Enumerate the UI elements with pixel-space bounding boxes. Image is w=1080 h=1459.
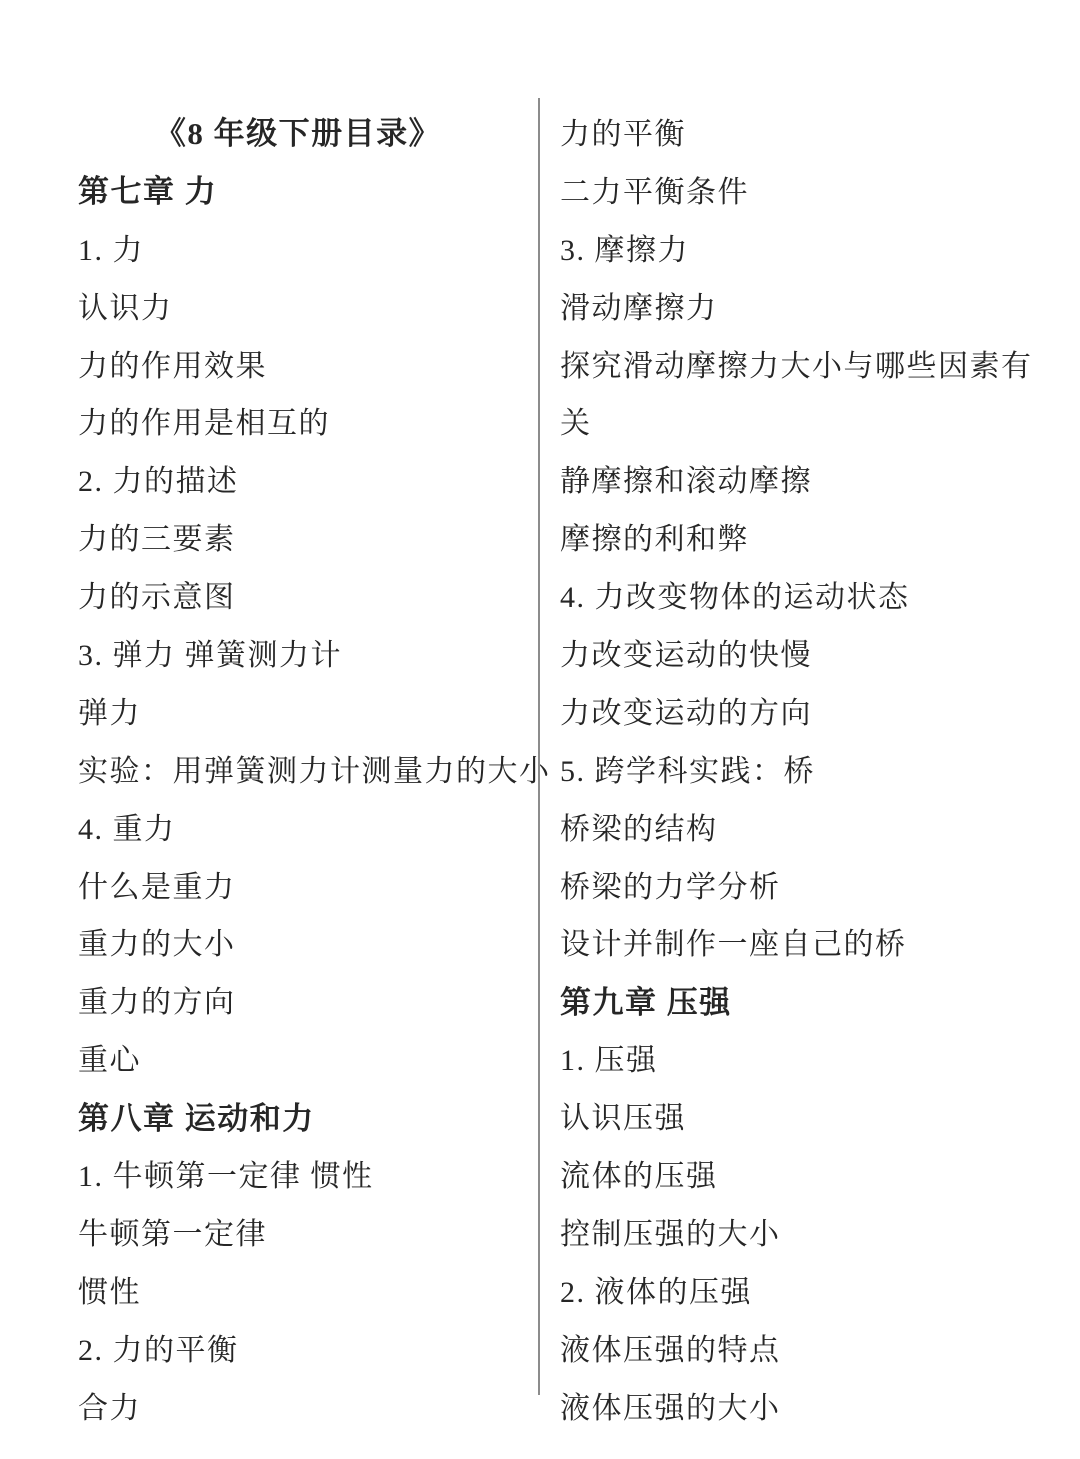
column-divider xyxy=(538,98,540,1395)
toc-line: 摩擦的利和弊 xyxy=(560,507,1050,565)
toc-line: 力的三要素 xyxy=(78,507,518,565)
toc-line: 5. 跨学科实践：桥 xyxy=(560,739,1050,797)
toc-line: 力的作用效果 xyxy=(78,334,518,392)
toc-line: 惯性 xyxy=(78,1260,518,1318)
toc-line: 桥梁的力学分析 xyxy=(560,855,1050,913)
toc-line: 认识压强 xyxy=(560,1086,1050,1144)
toc-line: 弹力 xyxy=(78,681,518,739)
toc-line: 1. 力 xyxy=(78,218,518,276)
toc-line: 重力的方向 xyxy=(78,970,518,1028)
toc-line: 实验：用弹簧测力计测量力的大小 xyxy=(78,739,518,797)
toc-line: 4. 重力 xyxy=(78,797,518,855)
toc-line: 1. 牛顿第一定律 惯性 xyxy=(78,1144,518,1202)
toc-line: 3. 弹力 弹簧测力计 xyxy=(78,623,518,681)
toc-line: 4. 力改变物体的运动状态 xyxy=(560,565,1050,623)
chapter-heading: 第九章 压强 xyxy=(560,970,1050,1028)
toc-line: 合力 xyxy=(78,1376,518,1434)
toc-line: 探究滑动摩擦力大小与哪些因素有 xyxy=(560,334,1050,392)
toc-line: 控制压强的大小 xyxy=(560,1202,1050,1260)
toc-line: 2. 液体的压强 xyxy=(560,1260,1050,1318)
toc-line: 3. 摩擦力 xyxy=(560,218,1050,276)
toc-line: 认识力 xyxy=(78,276,518,334)
toc-line: 力的作用是相互的 xyxy=(78,391,518,449)
toc-line: 重心 xyxy=(78,1028,518,1086)
toc-left-column: 《8 年级下册目录》第七章 力1. 力认识力力的作用效果力的作用是相互的2. 力… xyxy=(78,102,518,1433)
toc-line: 力改变运动的快慢 xyxy=(560,623,1050,681)
toc-line: 关 xyxy=(560,391,1050,449)
toc-line: 1. 压强 xyxy=(560,1028,1050,1086)
toc-page: 《8 年级下册目录》第七章 力1. 力认识力力的作用效果力的作用是相互的2. 力… xyxy=(0,0,1080,1459)
toc-line: 力改变运动的方向 xyxy=(560,681,1050,739)
toc-line: 桥梁的结构 xyxy=(560,797,1050,855)
page-title: 《8 年级下册目录》 xyxy=(78,102,518,160)
chapter-heading: 第八章 运动和力 xyxy=(78,1086,518,1144)
toc-line: 液体压强的特点 xyxy=(560,1318,1050,1376)
toc-right-column: 力的平衡二力平衡条件3. 摩擦力滑动摩擦力探究滑动摩擦力大小与哪些因素有关静摩擦… xyxy=(560,102,1050,1433)
toc-line: 二力平衡条件 xyxy=(560,160,1050,218)
toc-line: 液体压强的大小 xyxy=(560,1376,1050,1434)
toc-line: 力的平衡 xyxy=(560,102,1050,160)
toc-line: 牛顿第一定律 xyxy=(78,1202,518,1260)
toc-line: 静摩擦和滚动摩擦 xyxy=(560,449,1050,507)
toc-line: 什么是重力 xyxy=(78,855,518,913)
chapter-heading: 第七章 力 xyxy=(78,160,518,218)
toc-line: 力的示意图 xyxy=(78,565,518,623)
toc-line: 滑动摩擦力 xyxy=(560,276,1050,334)
toc-line: 2. 力的描述 xyxy=(78,449,518,507)
toc-line: 2. 力的平衡 xyxy=(78,1318,518,1376)
toc-line: 流体的压强 xyxy=(560,1144,1050,1202)
toc-line: 设计并制作一座自己的桥 xyxy=(560,912,1050,970)
toc-line: 重力的大小 xyxy=(78,912,518,970)
